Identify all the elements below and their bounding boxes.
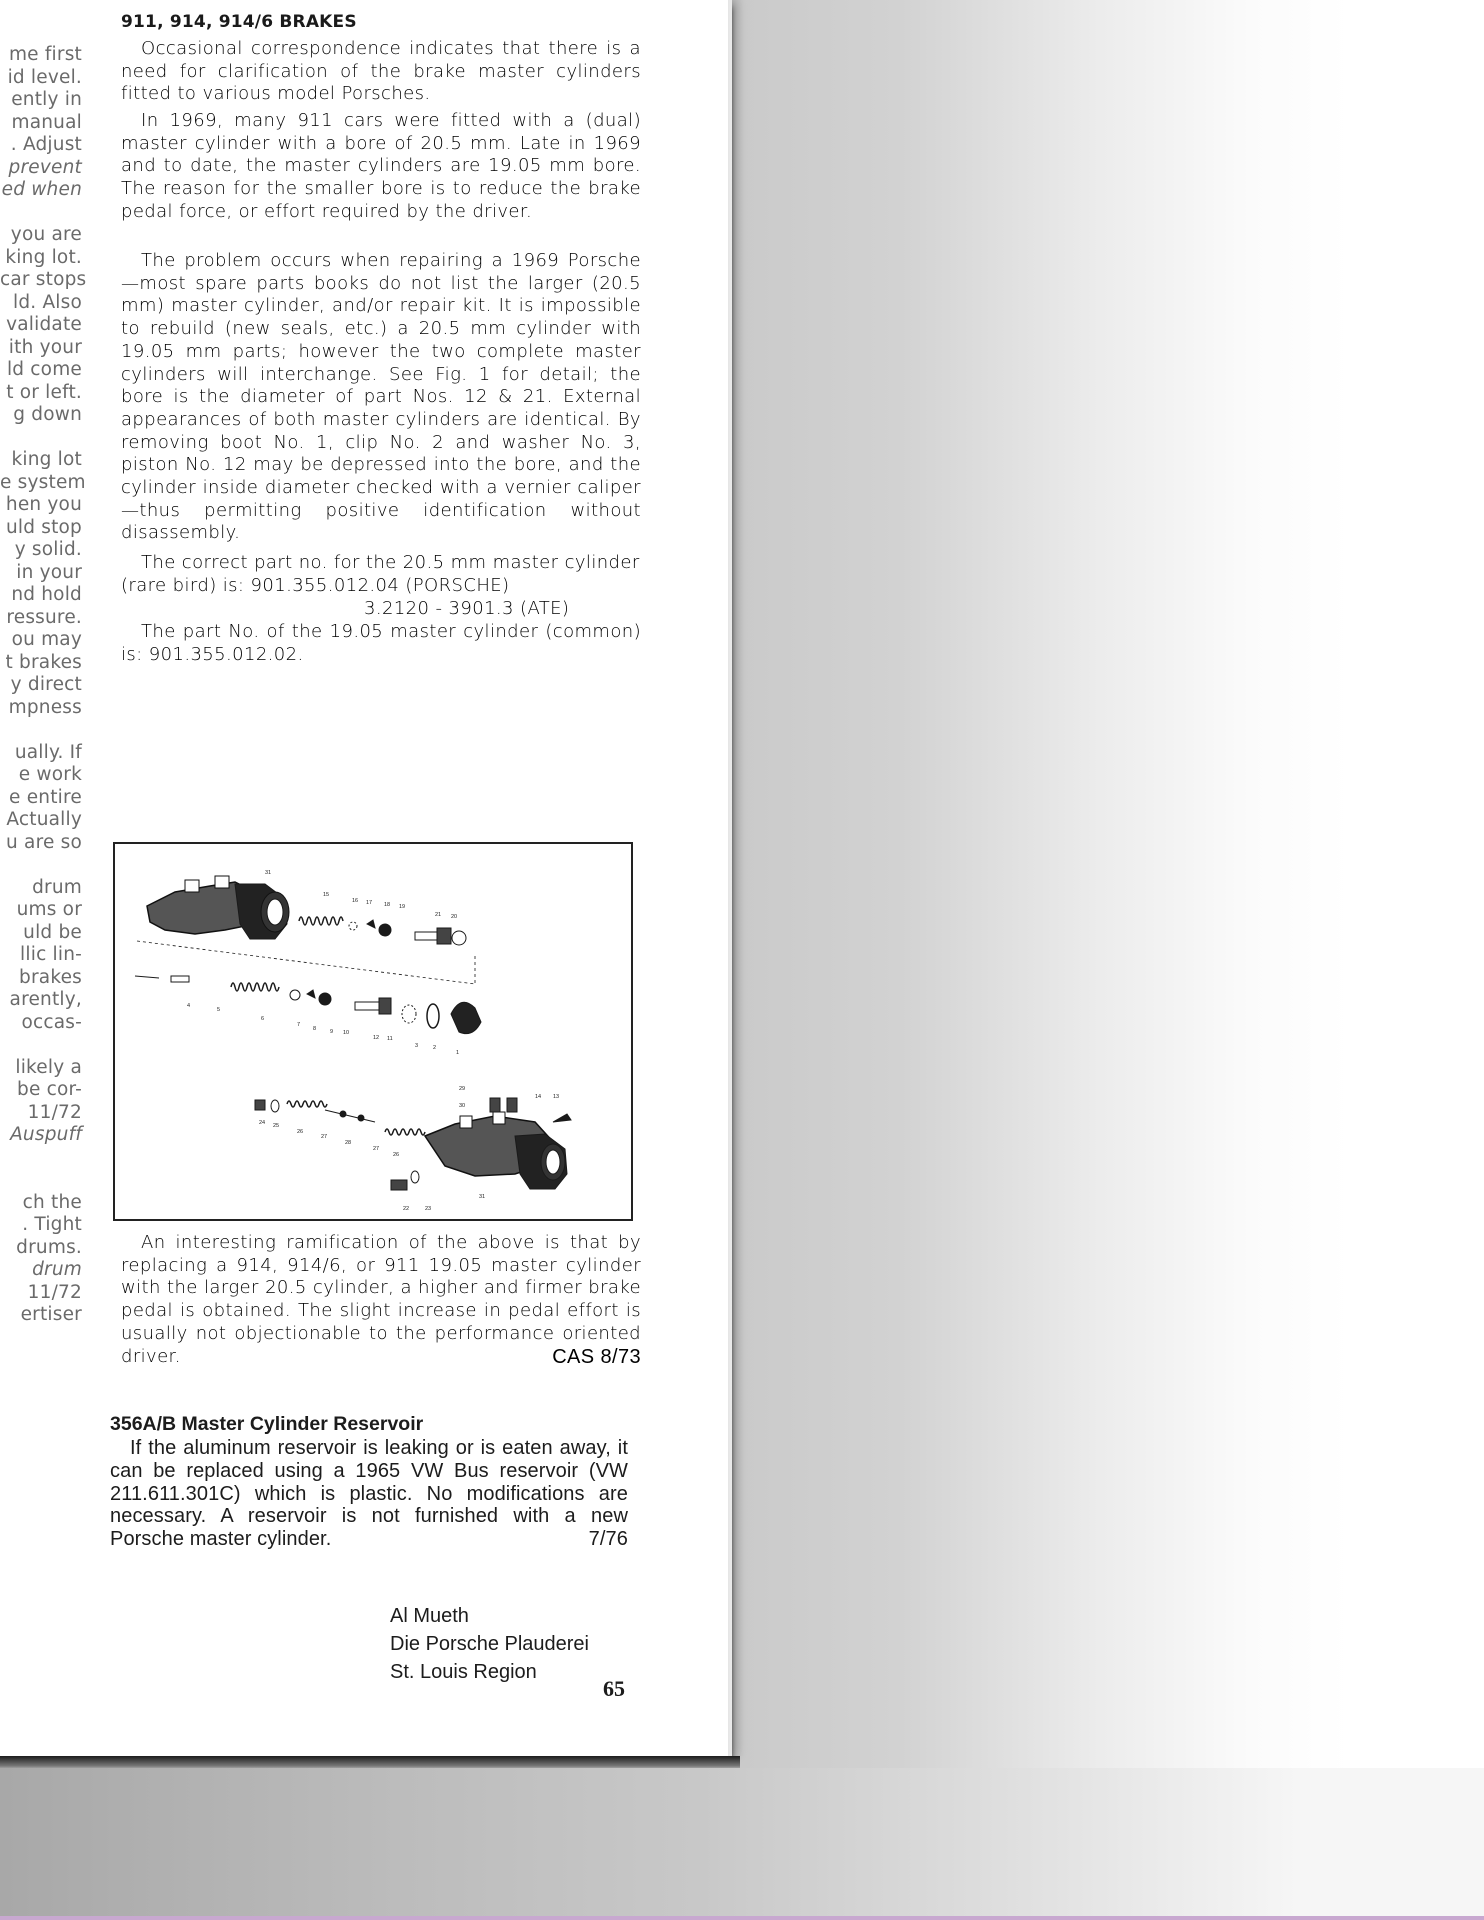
svg-text:21: 21	[435, 912, 441, 918]
article-paragraph-6: An interesting ramification of the above…	[121, 1232, 641, 1368]
facing-page-line: ently in	[0, 89, 82, 112]
svg-text:31: 31	[265, 870, 271, 876]
facing-page-line	[0, 719, 82, 742]
facing-page-line: car stops	[0, 269, 82, 292]
facing-page-line: hen you	[0, 494, 82, 517]
facing-page-line: occas-	[0, 1012, 82, 1035]
facing-page-line: king lot.	[0, 247, 82, 270]
part-number-ate: 3.2120 - 3901.3 (ATE)	[364, 598, 644, 621]
scan-edge-line	[0, 1916, 1484, 1920]
svg-text:16: 16	[352, 898, 358, 904]
facing-page-line: nd hold	[0, 584, 82, 607]
article-heading-brakes: 911, 914, 914/6 BRAKES	[121, 12, 357, 32]
page-edge-shadow	[728, 0, 744, 1756]
facing-page-line	[0, 1169, 82, 1192]
svg-text:19: 19	[399, 904, 405, 910]
facing-page-line: validate	[0, 314, 82, 337]
page-number: 65	[603, 1676, 625, 1702]
svg-text:29: 29	[459, 1086, 465, 1092]
facing-page-line: y solid.	[0, 539, 82, 562]
facing-page-line: y direct	[0, 674, 82, 697]
facing-page-line: ressure.	[0, 607, 82, 630]
scanner-background	[0, 1768, 1484, 1920]
facing-page-line: manual	[0, 112, 82, 135]
svg-text:1: 1	[456, 1050, 459, 1056]
facing-page-line: uld stop	[0, 517, 82, 540]
facing-page-line: Actually	[0, 809, 82, 832]
facing-page-line: likely a	[0, 1057, 82, 1080]
article-paragraph-2: In 1969, many 911 cars were fitted with …	[121, 110, 641, 224]
svg-text:27: 27	[373, 1146, 379, 1152]
master-cylinder-diagram: 31 15 16 17 18 19 21 20 4 5 6 7 8 9 10 1…	[115, 844, 631, 1219]
svg-text:9: 9	[330, 1029, 333, 1035]
reservoir-date: 7/76	[569, 1528, 628, 1551]
facing-page-line	[0, 1147, 82, 1170]
facing-page-line: ou may	[0, 629, 82, 652]
facing-page-line: 11/72	[0, 1282, 82, 1305]
publication-name: Die Porsche Plauderei	[390, 1630, 589, 1658]
svg-text:13: 13	[553, 1094, 559, 1100]
facing-page-line: g down	[0, 404, 82, 427]
facing-page-line: ed when	[0, 179, 82, 202]
svg-text:17: 17	[366, 900, 372, 906]
author-name: Al Mueth	[390, 1602, 589, 1630]
facing-page-line: arently,	[0, 989, 82, 1012]
facing-page-line: mpness	[0, 697, 82, 720]
facing-page-line	[0, 1034, 82, 1057]
facing-page-line: ch the	[0, 1192, 82, 1215]
facing-page-line: e system	[0, 472, 82, 495]
svg-text:26: 26	[393, 1152, 399, 1158]
facing-page-line: id level.	[0, 67, 82, 90]
facing-page-line: drums.	[0, 1237, 82, 1260]
facing-page-line: you are	[0, 224, 82, 247]
region-name: St. Louis Region	[390, 1658, 589, 1686]
facing-page-line: t brakes	[0, 652, 82, 675]
facing-page-line: ith your	[0, 337, 82, 360]
svg-text:25: 25	[273, 1123, 279, 1129]
facing-page-line: ld. Also	[0, 292, 82, 315]
facing-page-line: be cor-	[0, 1079, 82, 1102]
svg-text:18: 18	[384, 902, 390, 908]
article-paragraph-1: Occasional correspondence indicates that…	[121, 38, 641, 106]
svg-text:20: 20	[451, 914, 457, 920]
svg-text:6: 6	[261, 1016, 264, 1022]
figure-exploded-master-cylinder: 31 15 16 17 18 19 21 20 4 5 6 7 8 9 10 1…	[113, 842, 633, 1221]
svg-text:24: 24	[259, 1120, 265, 1126]
facing-page-line: ertiser	[0, 1304, 82, 1327]
facing-page-line	[0, 427, 82, 450]
svg-text:8: 8	[313, 1026, 316, 1032]
article-signature: Al Mueth Die Porsche Plauderei St. Louis…	[390, 1602, 589, 1686]
facing-page-line	[0, 854, 82, 877]
facing-page-line: e work	[0, 764, 82, 787]
svg-text:2: 2	[433, 1045, 436, 1051]
svg-text:12: 12	[373, 1035, 379, 1041]
facing-page-line: drum	[0, 877, 82, 900]
facing-page-line: Auspuff	[0, 1124, 82, 1147]
facing-page-text-fragment: me firstid level.ently inmanual. Adjustp…	[0, 44, 82, 1327]
facing-page-line: uld be	[0, 922, 82, 945]
svg-text:22: 22	[403, 1206, 409, 1212]
facing-page-line: king lot	[0, 449, 82, 472]
reservoir-paragraph: If the aluminum reservoir is leaking or …	[110, 1437, 628, 1551]
facing-page-line: t or left.	[0, 382, 82, 405]
facing-page-line: in your	[0, 562, 82, 585]
facing-page-line: prevent	[0, 157, 82, 180]
svg-text:15: 15	[323, 892, 329, 898]
svg-text:3: 3	[415, 1043, 418, 1049]
svg-text:10: 10	[343, 1030, 349, 1036]
svg-text:23: 23	[425, 1206, 431, 1212]
article-credit: CAS 8/73	[532, 1346, 641, 1369]
facing-page-line: ums or	[0, 899, 82, 922]
facing-page-line: . Adjust	[0, 134, 82, 157]
svg-text:11: 11	[387, 1036, 393, 1042]
svg-text:31: 31	[479, 1194, 485, 1200]
svg-text:26: 26	[297, 1129, 303, 1135]
svg-text:27: 27	[321, 1134, 327, 1140]
facing-page-line: drum	[0, 1259, 82, 1282]
article-paragraph-5: The part No. of the 19.05 master cylinde…	[121, 621, 641, 666]
svg-text:4: 4	[187, 1003, 190, 1009]
facing-page-line: . Tight	[0, 1214, 82, 1237]
facing-page-line	[0, 202, 82, 225]
svg-text:5: 5	[217, 1007, 220, 1013]
facing-page-line: u are so	[0, 832, 82, 855]
facing-page-line: 11/72	[0, 1102, 82, 1125]
article-paragraph-3: The problem occurs when repairing a 1969…	[121, 250, 641, 545]
svg-text:30: 30	[459, 1103, 465, 1109]
svg-text:7: 7	[297, 1022, 300, 1028]
facing-page-line: e entire	[0, 787, 82, 810]
svg-text:14: 14	[535, 1094, 541, 1100]
article-paragraph-4: The correct part no. for the 20.5 mm mas…	[121, 552, 641, 597]
facing-page-line: ually. If	[0, 742, 82, 765]
facing-page-line: brakes	[0, 967, 82, 990]
svg-text:28: 28	[345, 1140, 351, 1146]
part-number-porsche: 901.355.012.04 (PORSCHE)	[251, 575, 510, 596]
facing-page-line: llic lin-	[0, 944, 82, 967]
article-heading-reservoir: 356A/B Master Cylinder Reservoir	[110, 1413, 423, 1436]
facing-page-line: me first	[0, 44, 82, 67]
facing-page-line: ld come	[0, 359, 82, 382]
